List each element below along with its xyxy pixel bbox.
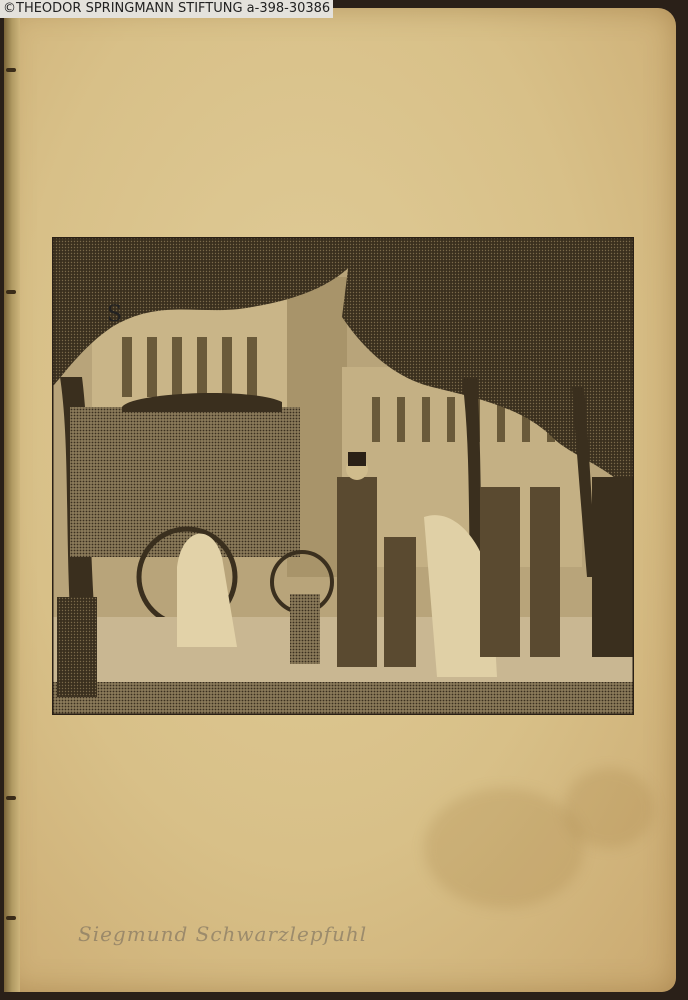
engraving-illustration — [52, 237, 634, 715]
handwritten-inscription: Siegmund Schwarzlepfuhl — [78, 922, 367, 946]
stitch-mark — [6, 916, 16, 920]
paper-stain — [564, 768, 654, 848]
engraving-scene — [52, 237, 634, 715]
annotation-marker: S — [107, 302, 122, 327]
stitch-mark — [6, 796, 16, 800]
paper-stain — [424, 788, 584, 908]
stitch-mark — [6, 68, 16, 72]
book-spine — [4, 8, 20, 992]
copyright-watermark: ©THEODOR SPRINGMANN STIFTUNG a-398-30386 — [0, 0, 333, 18]
stitch-mark — [6, 290, 16, 294]
